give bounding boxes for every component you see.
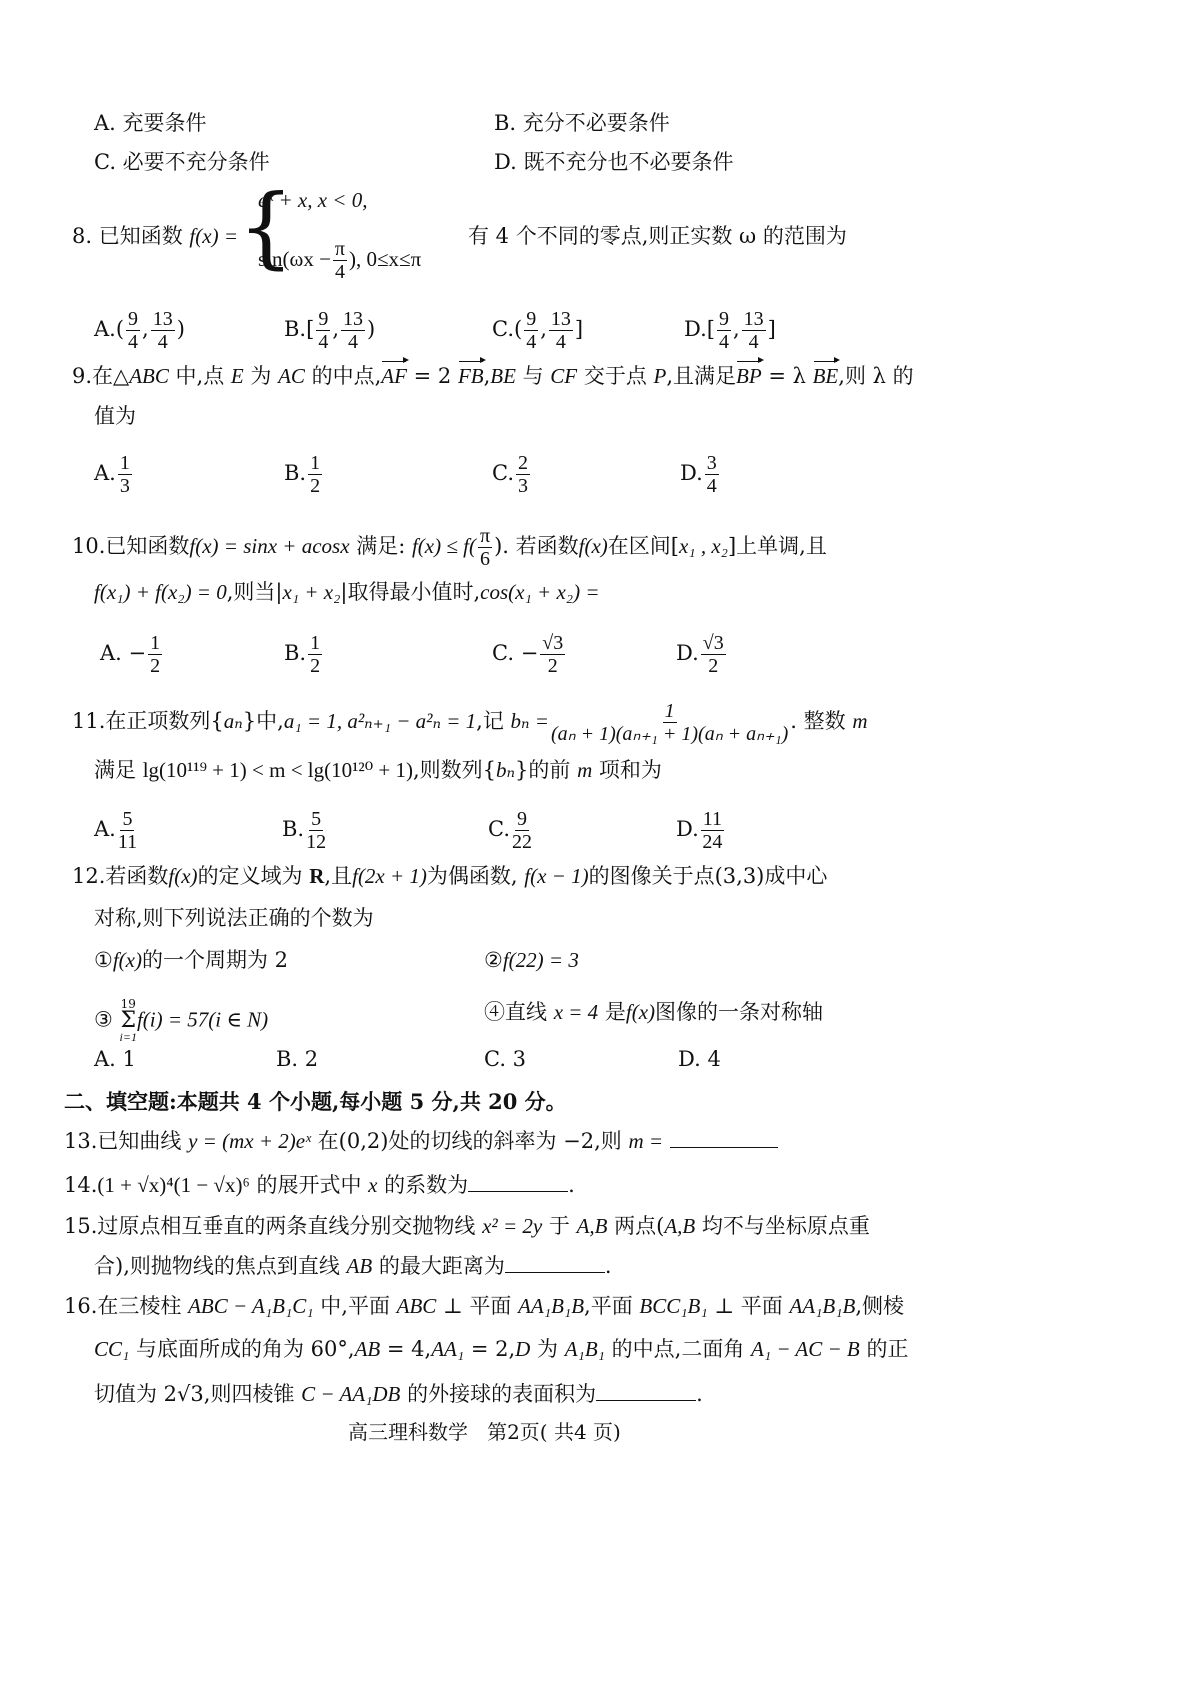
q12-option-b: B. 2 <box>276 1045 318 1073</box>
q8-option-d: D.[94,134] <box>684 308 776 353</box>
q8-prefix: 已知函数 <box>99 224 183 248</box>
q11-line-1: 11.在正项数列{aₙ}中,a₁ = 1, a²ₙ₊₁ − a²ₙ = 1,记 … <box>72 700 868 745</box>
q13-answer-blank[interactable] <box>670 1127 778 1148</box>
q12-statement-2: ②f(22) = 3 <box>484 946 579 974</box>
q12-option-c: C. 3 <box>484 1045 526 1073</box>
summation-symbol: 19Σi=1 <box>120 998 137 1044</box>
vector-be: BE <box>813 362 839 390</box>
q9-line-2: 值为 <box>94 402 136 430</box>
q10-option-c: C. −√32 <box>492 632 567 677</box>
q8-case-1: eˣ + x, x < 0, <box>258 186 367 214</box>
q12-statement-3: ③ 19Σi=1f(i) = 57(i ∈ N) <box>94 998 268 1044</box>
q8-option-c: C.(94,134] <box>492 308 583 353</box>
q12-line-1: 12.若函数f(x)的定义域为 R,且f(2x + 1)为偶函数, f(x − … <box>72 862 827 890</box>
q12-option-d: D. 4 <box>678 1045 721 1073</box>
q10-option-b: B.12 <box>284 632 324 677</box>
q12-statement-4: ④直线 x = 4 是f(x)图像的一条对称轴 <box>484 998 823 1026</box>
q8-suffix: 有 4 个不同的零点,则正实数 ω 的范围为 <box>468 222 847 250</box>
q14-answer-blank[interactable] <box>468 1171 568 1192</box>
q11-option-d: D.1124 <box>676 808 726 853</box>
question-number: 8. <box>72 224 92 248</box>
q15-line-1: 15.过原点相互垂直的两条直线分别交抛物线 x² = 2y 于 A,B 两点(A… <box>64 1212 870 1240</box>
q16-line-2: CC₁ 与底面所成的角为 60°,AB = 4,AA₁ = 2,D 为 A₁B₁… <box>94 1335 908 1363</box>
q7-option-b: B. 充分不必要条件 <box>494 109 670 137</box>
q12-option-a: A. 1 <box>94 1045 136 1073</box>
q10-line-2: f(x₁) + f(x₂) = 0,则当|x₁ + x₂|取得最小值时,cos(… <box>94 578 600 606</box>
q9-option-a: A.13 <box>94 452 134 497</box>
q12-line-2: 对称,则下列说法正确的个数为 <box>94 904 374 932</box>
q9-option-b: B.12 <box>284 452 324 497</box>
page-footer: 高三理科数学 第2页( 共4 页) <box>348 1418 621 1446</box>
q16-line-1: 16.在三棱柱 ABC − A₁B₁C₁ 中,平面 ABC ⊥ 平面 AA₁B₁… <box>64 1292 904 1320</box>
q15-line-2: 合),则抛物线的焦点到直线 AB 的最大距离为. <box>94 1252 612 1280</box>
footer-subject: 高三理科数学 <box>348 1420 468 1444</box>
q8-case-2: sin(ωx −π4), 0≤x≤π <box>258 238 421 283</box>
question-14: 14.(1 + √x)⁴(1 − √x)⁶ 的展开式中 x 的系数为. <box>64 1171 575 1199</box>
q8-func: f(x) = <box>189 224 238 248</box>
q10-option-a: A. −12 <box>100 632 164 677</box>
q8-option-b: B.[94,134) <box>284 308 375 353</box>
question-13: 13.已知曲线 y = (mx + 2)eˣ 在(0,2)处的切线的斜率为 −2… <box>64 1127 778 1155</box>
vector-fb: FB <box>458 362 484 390</box>
q9-option-d: D.34 <box>680 452 721 497</box>
footer-page-number: 第2页( 共4 页) <box>487 1420 621 1444</box>
q15-answer-blank[interactable] <box>505 1252 605 1273</box>
section-heading-fill-in: 二、填空题:本题共 4 个小题,每小题 5 分,共 20 分。 <box>64 1088 567 1116</box>
vector-bp: BP <box>736 362 762 390</box>
q7-option-d: D. 既不充分也不必要条件 <box>494 148 733 176</box>
vector-af: AF <box>381 362 407 390</box>
q11-option-b: B.512 <box>282 808 328 853</box>
q7-option-a: A. 充要条件 <box>94 109 207 137</box>
q16-line-3: 切值为 2√3,则四棱锥 C − AA₁DB 的外接球的表面积为. <box>94 1380 703 1408</box>
q8-option-a: A.(94,134) <box>94 308 185 353</box>
q9-option-c: C.23 <box>492 452 532 497</box>
q7-option-c: C. 必要不充分条件 <box>94 148 270 176</box>
q11-line-2: 满足 lg(10¹¹⁹ + 1) < m < lg(10¹²⁰ + 1),则数列… <box>94 756 662 784</box>
q10-option-d: D.√32 <box>676 632 728 677</box>
q11-option-a: A.511 <box>94 808 139 853</box>
q16-answer-blank[interactable] <box>596 1380 696 1401</box>
q12-statement-1: ①f(x)的一个周期为 2 <box>94 946 288 974</box>
q11-option-c: C.922 <box>488 808 534 853</box>
q9-line-1: 9.在△ABC 中,点 E 为 AC 的中点,AF = 2 FB,BE 与 CF… <box>72 362 914 390</box>
q10-line-1: 10.已知函数f(x) = sinx + acosx 满足: f(x) ≤ f(… <box>72 525 827 570</box>
